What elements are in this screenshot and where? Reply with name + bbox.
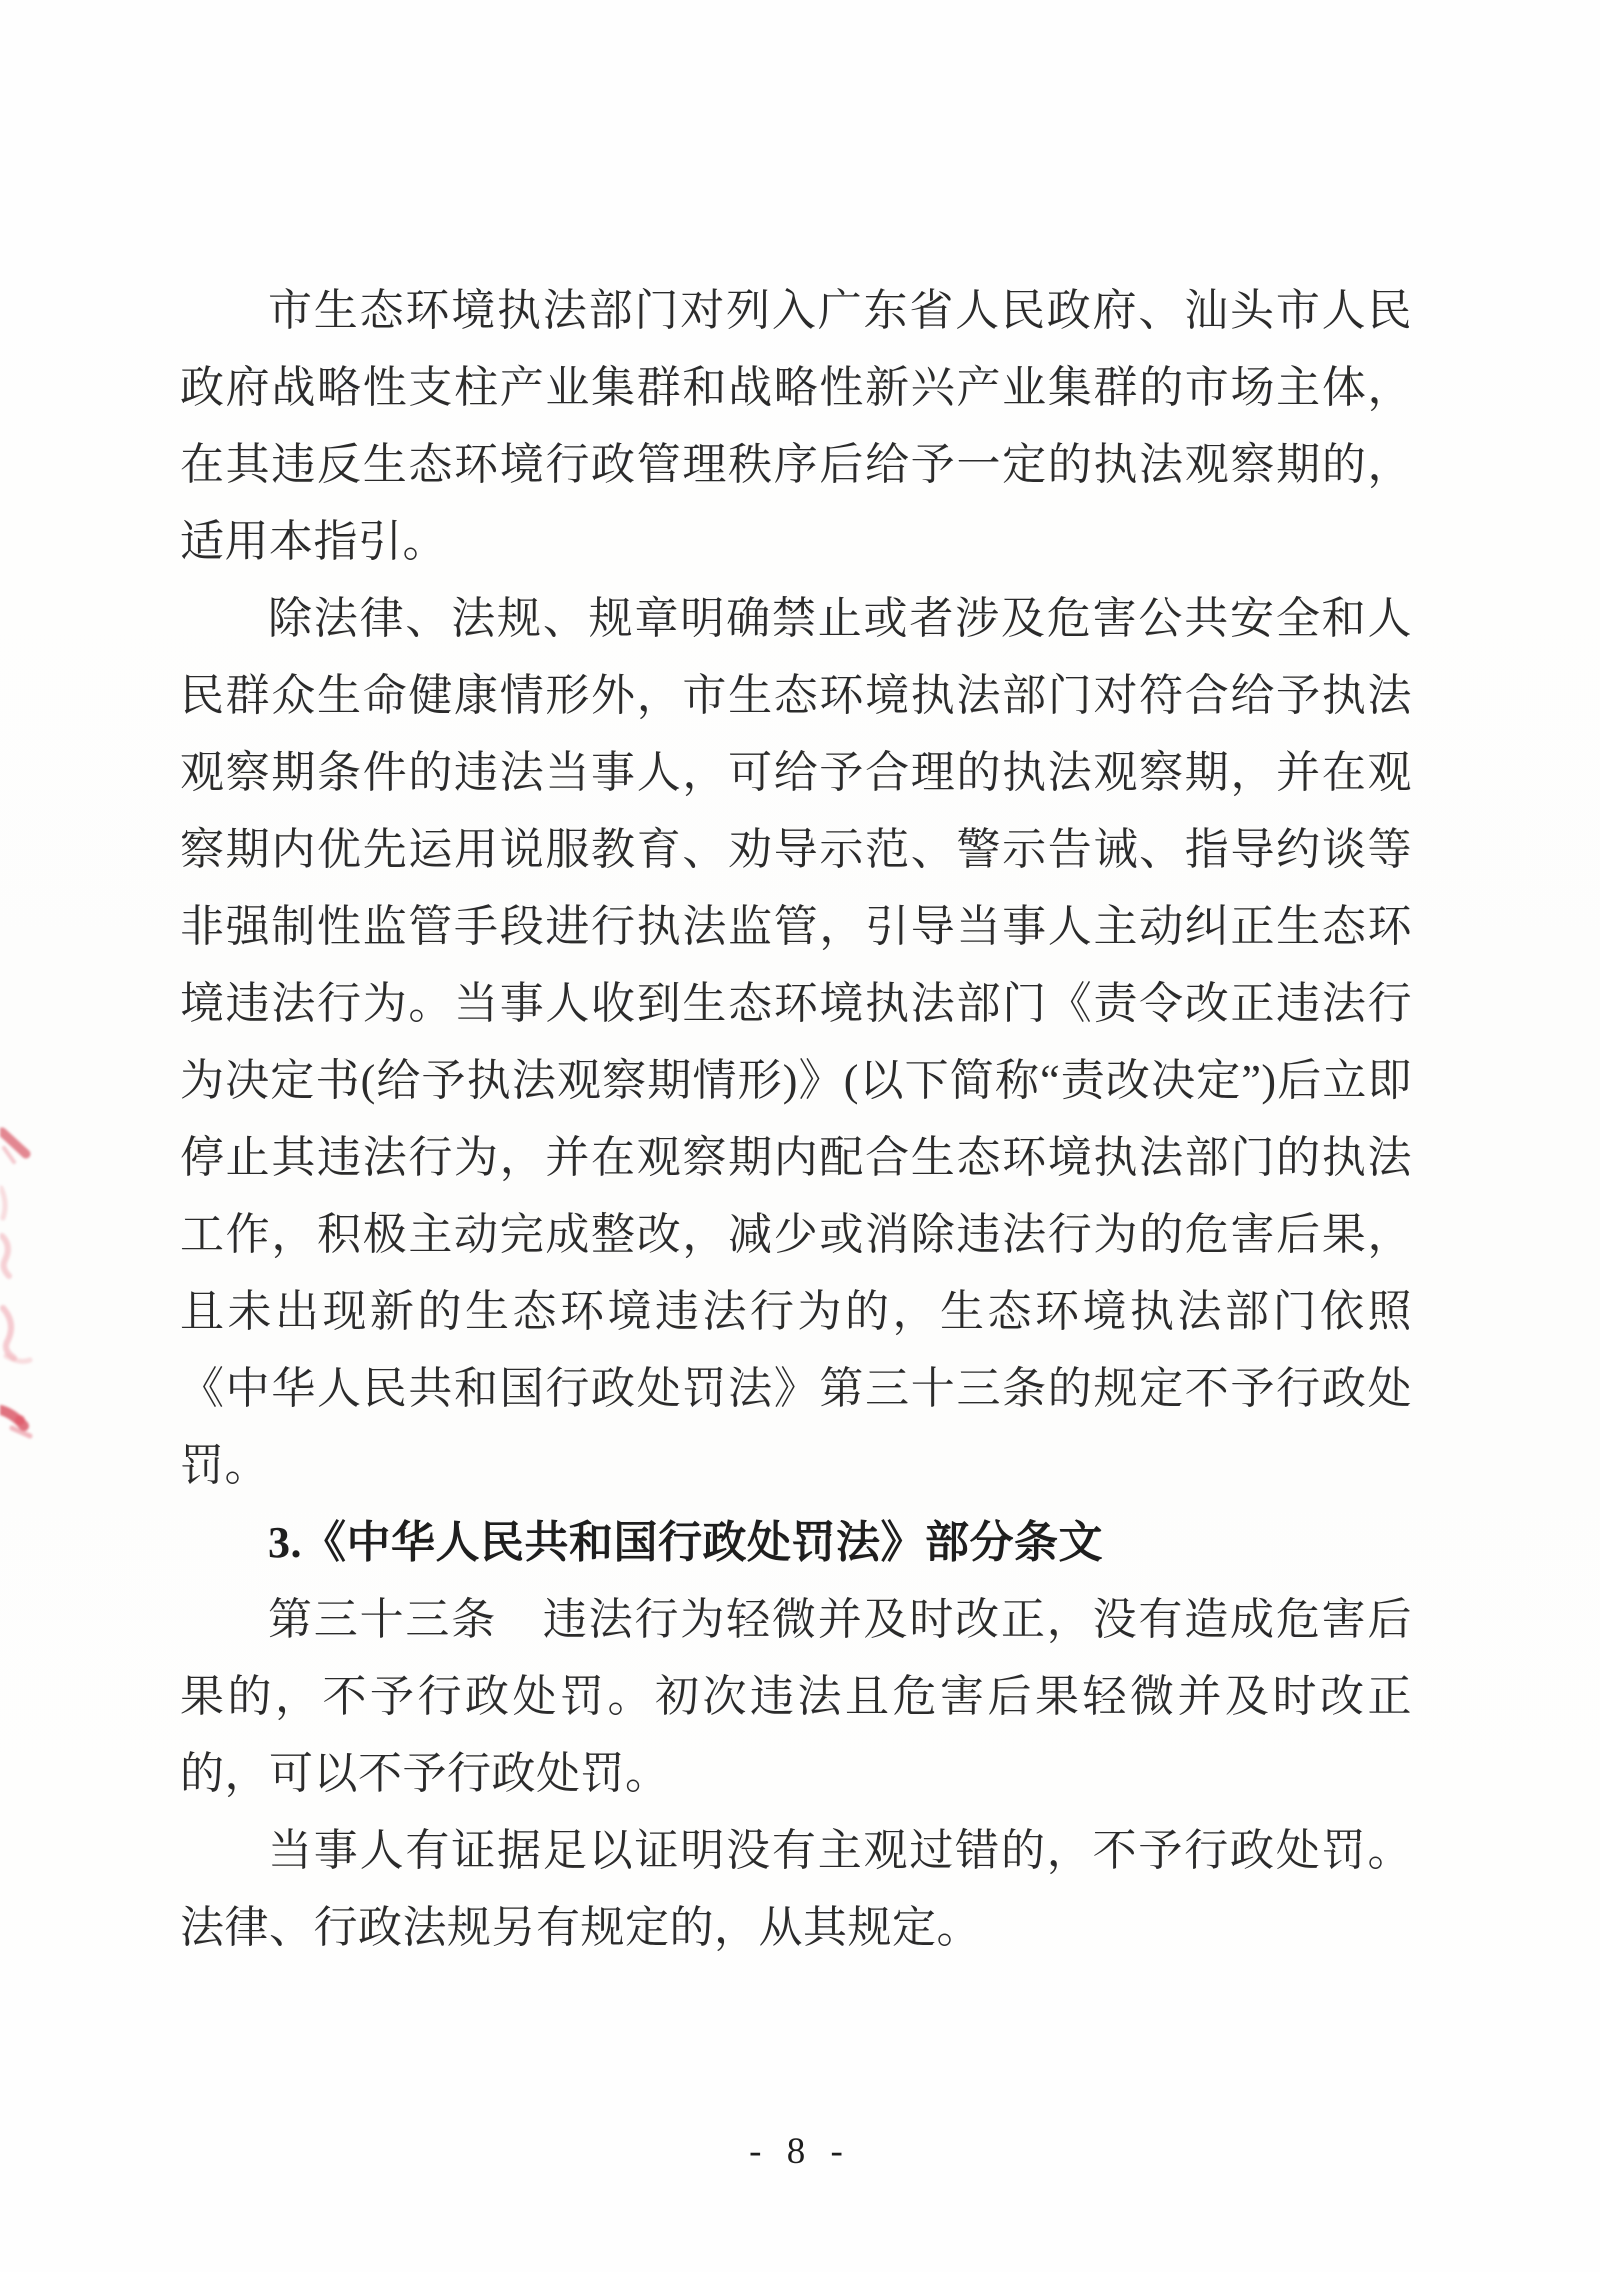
paragraph-article-33: 第三十三条 违法行为轻微并及时改正，没有造成危害后果的，不予行政处罚。初次违法且… [180,1581,1412,1812]
page-number: - 8 - [0,2130,1600,2173]
section-heading: 3.《中华人民共和国行政处罚法》部分条文 [180,1504,1412,1581]
paragraph-observation-period: 除法律、法规、规章明确禁止或者涉及危害公共安全和人民群众生命健康情形外，市生态环… [180,580,1412,1504]
red-stamp-mark [0,1118,70,1458]
paragraph-no-subjective-fault: 当事人有证据足以证明没有主观过错的，不予行政处罚。法律、行政法规另有规定的，从其… [180,1812,1412,1966]
red-stamp-icon [0,1118,70,1458]
document-body: 市生态环境执法部门对列入广东省人民政府、汕头市人民政府战略性支柱产业集群和战略性… [180,272,1412,1966]
document-page: 市生态环境执法部门对列入广东省人民政府、汕头市人民政府战略性支柱产业集群和战略性… [0,0,1600,2272]
paragraph-scope: 市生态环境执法部门对列入广东省人民政府、汕头市人民政府战略性支柱产业集群和战略性… [180,272,1412,580]
